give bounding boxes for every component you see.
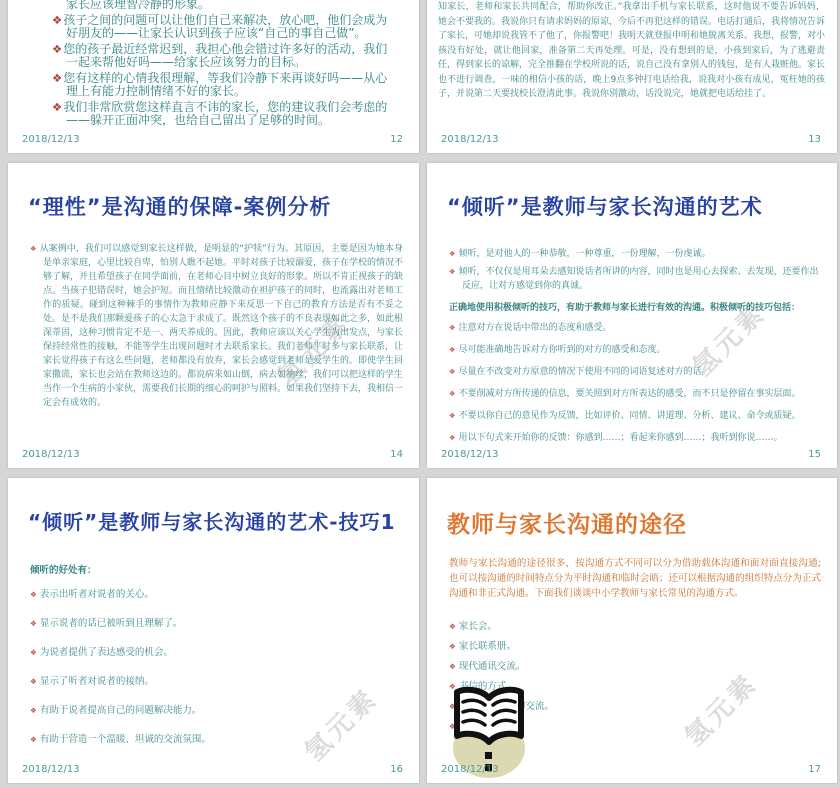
bullet-item: ❖显示了听者对说者的接纳。 (30, 673, 405, 687)
diamond-bullet-icon: ❖ (449, 249, 455, 258)
slide-thumbnail-12[interactable]: 家长应该理智冷静的形象。 ❖孩子之间的问题可以让他们自己来解决，放心吧，他们会成… (8, 0, 419, 153)
diamond-bullet-icon: ❖ (449, 662, 456, 671)
slide-number: 13 (808, 134, 821, 145)
bullet-item: ❖不要以你自己的意见作为反馈，比如评价、同情、讲道理、分析、建议、命令或质疑。 (449, 409, 823, 423)
slide-thumbnail-17[interactable]: 教师与家长沟通的途径 教师与家长沟通的途径很多，按沟通方式不同可以分为借助载体沟… (427, 478, 837, 783)
diamond-bullet-icon: ❖ (52, 42, 62, 56)
bullet-text: 孩子之间的问题可以让他们自己来解决，放心吧，他们会成为好朋友的——让家长认识到孩… (63, 13, 387, 41)
bullet-item: ❖尽量在不改变对方原意的情况下使用不同的词语复述对方的话。 (449, 365, 823, 379)
bullet-item: ❖家长会。 (449, 618, 823, 632)
bullet-text: 倾听，不仅仅是用耳朵去感知说话者所讲的内容，同时也是用心去探索、去发现，还要作出… (458, 267, 818, 291)
slide-date: 2018/12/13 (441, 134, 499, 145)
lead-sentence: 倾听的好处有： (30, 562, 97, 576)
diamond-bullet-icon: ❖ (30, 590, 37, 599)
slide-number: 17 (808, 764, 821, 775)
diamond-bullet-icon: ❖ (52, 71, 62, 85)
bullet-text: 您的孩子最近经常迟到，我担心他会错过许多好的活动，我们一起来帮他好吗——给家长应… (63, 42, 387, 70)
diamond-bullet-icon: ❖ (449, 345, 455, 354)
bullet-text: 家长联系册。 (459, 641, 516, 652)
slide-footer: 2018/12/13 15 (441, 449, 821, 460)
bullet-item: ❖倾听，不仅仅是用耳朵去感知说话者所讲的内容，同时也是用心去探索、去发现，还要作… (449, 265, 823, 293)
bullet-text: 现代通讯交流。 (459, 661, 526, 672)
slide-date: 2018/12/13 (22, 134, 80, 145)
diamond-bullet-icon: ❖ (30, 619, 37, 628)
diamond-bullet-icon: ❖ (449, 642, 456, 651)
bullet-item: ❖表示出听者对说者的关心。 (30, 586, 405, 600)
slide-title: “倾听”是教师与家长沟通的艺术-技巧1 (28, 506, 409, 535)
diamond-bullet-icon: ❖ (449, 622, 456, 631)
bullet-item: ❖我们非常欣赏您这样直言不讳的家长，您的建议我们会考虑的——躲开正面冲突，也给自… (52, 101, 395, 128)
bullet-text: 用以下句式来开始你的反馈：你感到……；看起来你感到……；我听到你说……。 (458, 433, 782, 443)
bullet-text: 家长会。 (459, 621, 497, 632)
slide-date: 2018/12/13 (22, 449, 80, 460)
diamond-bullet-icon: ❖ (30, 244, 37, 253)
intro-paragraph: 教师与家长沟通的途径很多，按沟通方式不同可以分为借助载体沟通和面对面直接沟通;也… (449, 556, 821, 601)
bullet-item: ❖家长联系册。 (449, 638, 823, 652)
diamond-bullet-icon: ❖ (30, 706, 37, 715)
diamond-bullet-icon: ❖ (449, 323, 455, 332)
bullet-item: ❖倾听，是对他人的一种恭敬，一种尊重，一份理解，一份虔诚。 (449, 247, 823, 261)
slide-number: 16 (390, 764, 403, 775)
slide-thumbnail-16[interactable]: “倾听”是教师与家长沟通的艺术-技巧1 倾听的好处有： ❖表示出听者对说者的关心… (8, 478, 419, 783)
diamond-bullet-icon: ❖ (449, 367, 455, 376)
slide-sorter-view: 家长应该理智冷静的形象。 ❖孩子之间的问题可以让他们自己来解决，放心吧，他们会成… (0, 0, 840, 788)
bullet-text: 不要削减对方所传递的信息，要关照到对方所表达的感受，而不只是停留在事实层面。 (458, 389, 800, 399)
bullet-text: 显示说者的话已被听到且理解了。 (40, 618, 183, 629)
bullet-text: 倾听，是对他人的一种恭敬，一种尊重，一份理解，一份虔诚。 (458, 249, 710, 259)
slide-footer: 2018/12/13 17 (441, 764, 821, 775)
slide-footer: 2018/12/13 16 (22, 764, 403, 775)
diamond-bullet-icon: ❖ (52, 13, 62, 27)
bullet-item: ❖尽可能准确地告诉对方你听到的对方的感受和态度。 (449, 343, 823, 357)
diamond-bullet-icon: ❖ (30, 648, 37, 657)
slide-thumbnail-13[interactable]: 知家长，老师和家长共同配合，帮助你改正。”我拿出手机与家长联系，这时他说不要告诉… (427, 0, 837, 153)
slide-12-content: 家长应该理智冷静的形象。 ❖孩子之间的问题可以让他们自己来解决，放心吧，他们会成… (52, 0, 395, 128)
slide-date: 2018/12/13 (441, 764, 499, 775)
diamond-bullet-icon: ❖ (449, 389, 455, 398)
bullet-text: 不要以你自己的意见作为反馈，比如评价、同情、讲道理、分析、建议、命令或质疑。 (458, 411, 800, 421)
slide-number: 14 (390, 449, 403, 460)
slide-14-paragraph: ❖从案例中，我们可以感觉到家长这样做，是明显的“护犊”行为。其原因，主要是因为她… (30, 242, 403, 410)
bullet-continuation-line: 家长应该理智冷静的形象。 (52, 0, 395, 12)
bullet-item: ❖现代通讯交流。 (449, 658, 823, 672)
bullet-item: ❖您的孩子最近经常迟到，我担心他会错过许多好的活动，我们一起来帮他好吗——给家长… (52, 43, 395, 70)
bullet-text: 表示出听者对说者的关心。 (40, 589, 154, 600)
bullet-item: ❖您有这样的心情我很理解，等我们冷静下来再谈好吗——从心理上有能力控制情绪不好的… (52, 72, 395, 99)
diamond-bullet-icon: ❖ (449, 433, 455, 442)
bullet-item: ❖为说者提供了表达感受的机会。 (30, 644, 405, 658)
slide-date: 2018/12/13 (22, 764, 80, 775)
slide-title: “理性”是沟通的保障-案例分析 (28, 191, 409, 221)
slide-title: “倾听”是教师与家长沟通的艺术 (447, 191, 827, 221)
tips-list: ❖注意对方在说话中带出的态度和感受。 ❖尽可能准确地告诉对方你听到的对方的感受和… (449, 321, 823, 445)
diamond-bullet-icon: ❖ (30, 735, 37, 744)
benefits-list: ❖表示出听者对说者的关心。 ❖显示说者的话已被听到且理解了。 ❖为说者提供了表达… (30, 586, 405, 760)
bullet-item: ❖有助于说者提高自己的问题解决能力。 (30, 702, 405, 716)
bullet-text: 我们非常欣赏您这样直言不讳的家长，您的建议我们会考虑的——躲开正面冲突，也给自己… (63, 100, 387, 128)
diamond-bullet-icon: ❖ (30, 677, 37, 686)
slide-13-paragraph: 知家长，老师和家长共同配合，帮助你改正。”我拿出手机与家长联系，这时他说不要告诉… (438, 0, 825, 102)
lead-sentence: 正确地使用积极倾听的技巧，有助于教师与家长进行有效的沟通。积极倾听的技巧包括： (449, 301, 823, 315)
bullet-text: 注意对方在说话中带出的态度和感受。 (458, 323, 611, 333)
bullet-item: ❖孩子之间的问题可以让他们自己来解决，放心吧，他们会成为好朋友的——让家长认识到… (52, 14, 395, 41)
slide-title: 教师与家长沟通的途径 (447, 506, 827, 539)
bullet-item: ❖不要削减对方所传递的信息，要关照到对方所表达的感受，而不只是停留在事实层面。 (449, 387, 823, 401)
bullet-text: 为说者提供了表达感受的机会。 (40, 647, 173, 658)
bullet-item: ❖用以下句式来开始你的反馈：你感到……；看起来你感到……；我听到你说……。 (449, 431, 823, 445)
slide-footer: 2018/12/13 13 (441, 134, 821, 145)
bullet-text: 显示了听者对说者的接纳。 (40, 676, 154, 687)
bullet-text: 您有这样的心情我很理解，等我们冷静下来再谈好吗——从心理上有能力控制情绪不好的家… (63, 71, 387, 99)
bullet-text: 从案例中，我们可以感觉到家长这样做，是明显的“护犊”行为。其原因，主要是因为她本… (40, 244, 403, 408)
diamond-bullet-icon: ❖ (449, 411, 455, 420)
diamond-bullet-icon: ❖ (449, 267, 455, 276)
bullet-item: ❖注意对方在说话中带出的态度和感受。 (449, 321, 823, 335)
bullet-text: 有助于说者提高自己的问题解决能力。 (40, 705, 202, 716)
slide-footer: 2018/12/13 14 (22, 449, 403, 460)
slide-thumbnail-15[interactable]: “倾听”是教师与家长沟通的艺术 ❖倾听，是对他人的一种恭敬，一种尊重，一份理解，… (427, 163, 837, 468)
bullet-item: ❖显示说者的话已被听到且理解了。 (30, 615, 405, 629)
bullet-item: ❖有助于营造一个温暖、坦诚的交流氛围。 (30, 731, 405, 745)
slide-thumbnail-14[interactable]: “理性”是沟通的保障-案例分析 ❖从案例中，我们可以感觉到家长这样做，是明显的“… (8, 163, 419, 468)
slide-number: 15 (808, 449, 821, 460)
slide-number: 12 (390, 134, 403, 145)
bullet-text: 尽量在不改变对方原意的情况下使用不同的词语复述对方的话。 (458, 367, 710, 377)
slide-footer: 2018/12/13 12 (22, 134, 403, 145)
diamond-bullet-icon: ❖ (52, 100, 62, 114)
bullet-text: 尽可能准确地告诉对方你听到的对方的感受和态度。 (458, 345, 665, 355)
slide-date: 2018/12/13 (441, 449, 499, 460)
bullet-text: 有助于营造一个温暖、坦诚的交流氛围。 (40, 734, 211, 745)
slide-15-content: ❖倾听，是对他人的一种恭敬，一种尊重，一份理解，一份虔诚。 ❖倾听，不仅仅是用耳… (449, 247, 823, 453)
